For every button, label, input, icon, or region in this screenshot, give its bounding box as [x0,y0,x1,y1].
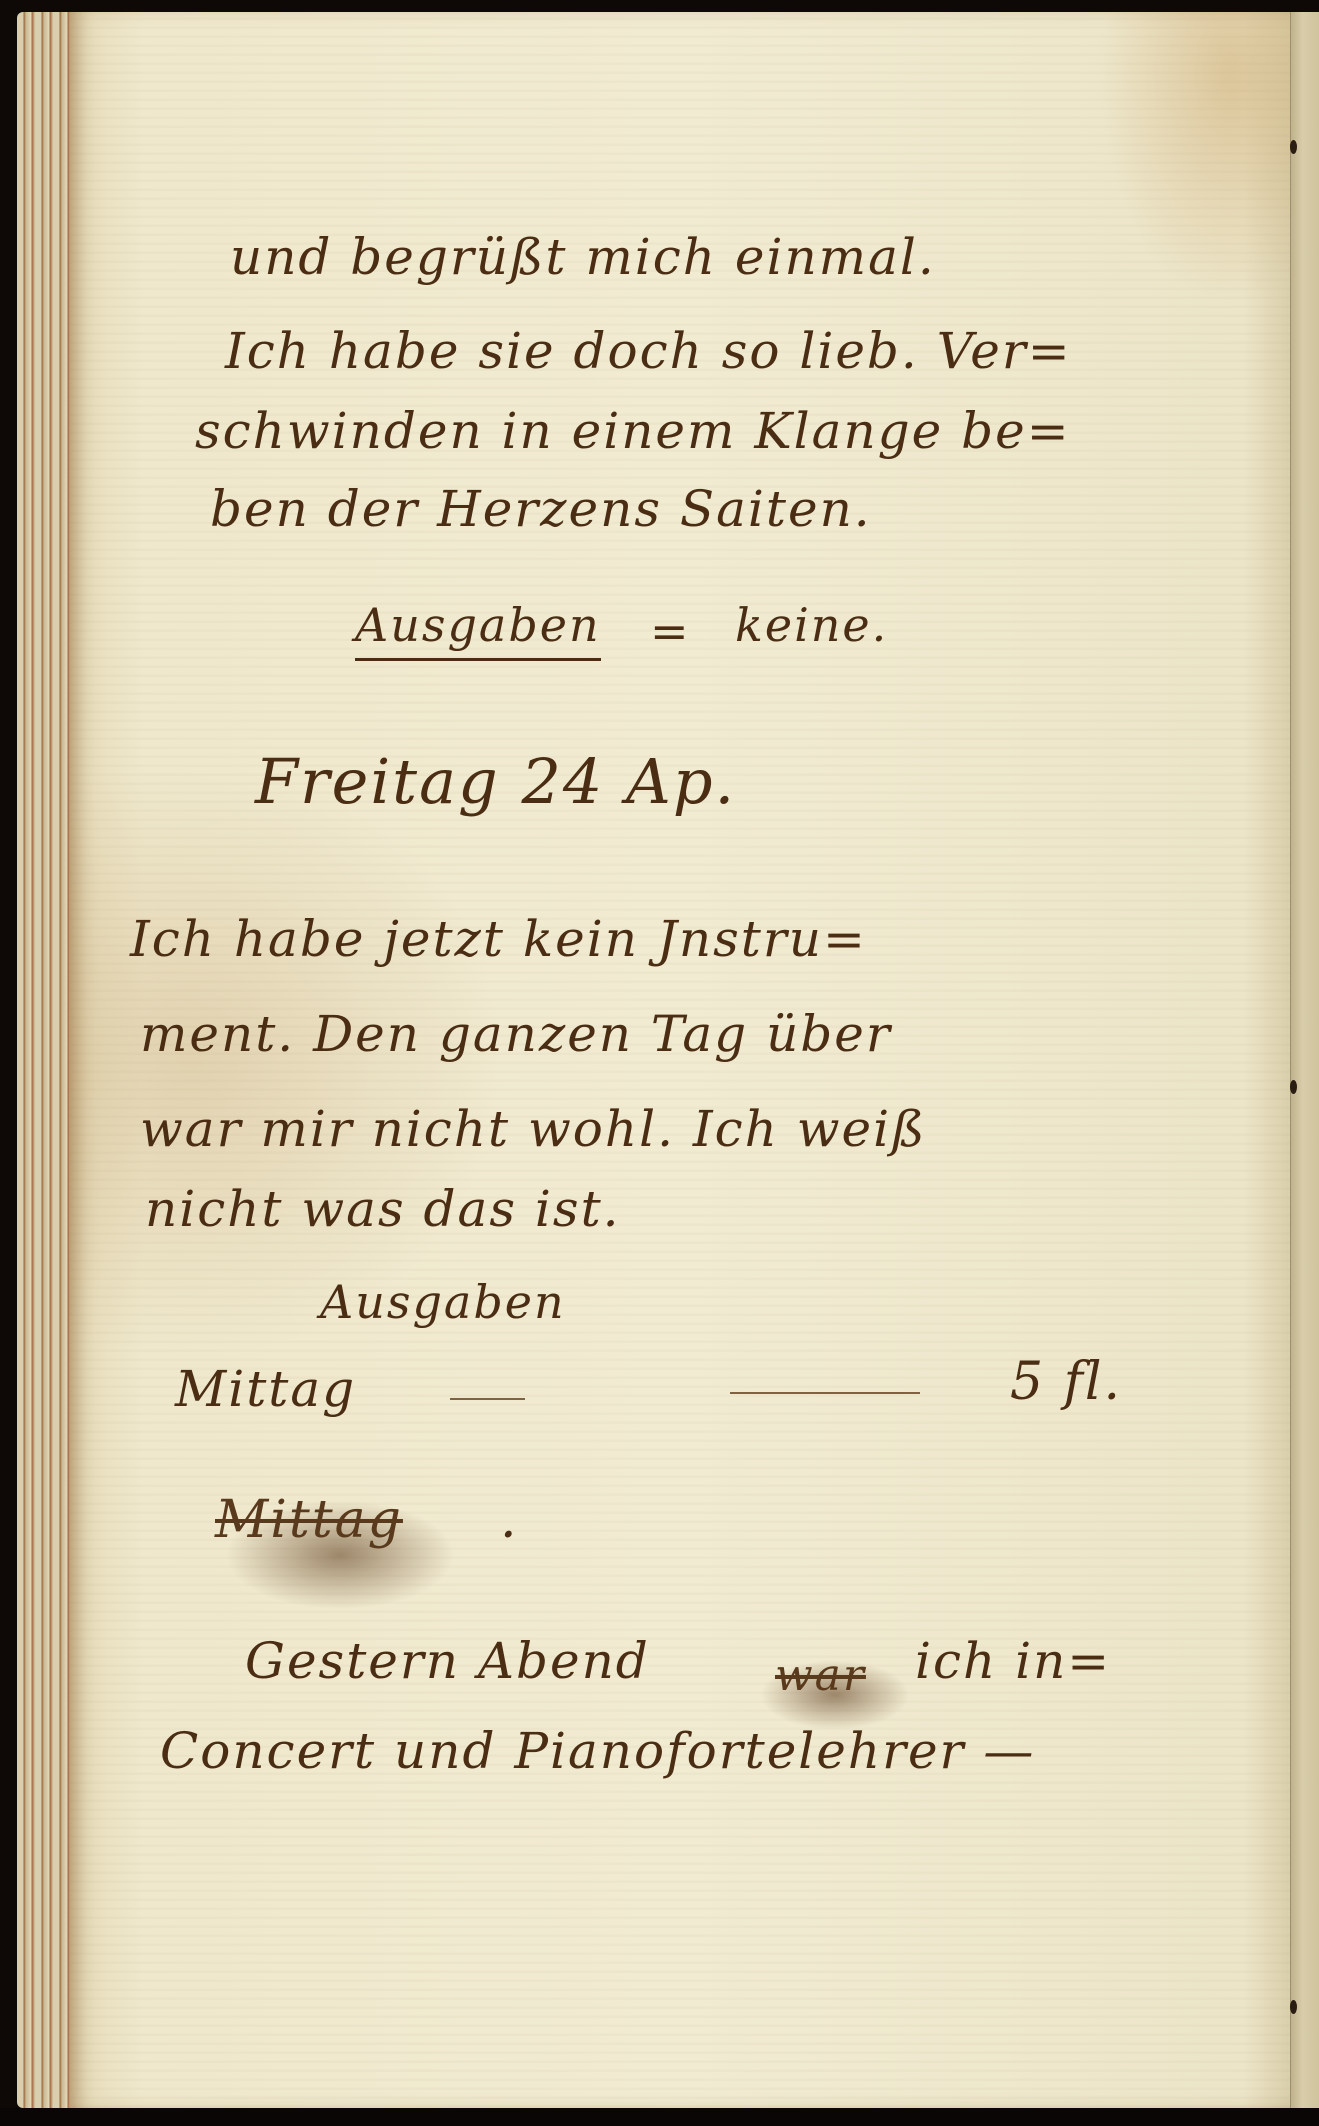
scan-background-band [0,2108,1319,2126]
expenses-value: keine. [735,598,888,652]
diary-line: war mir nicht wohl. Ich weiß [140,1100,927,1158]
expenses-separator: = [650,604,691,658]
diary-line: Ich habe jetzt kein Jnstru= [130,910,867,968]
binding-thread-mark [1290,140,1297,154]
diary-line: und begrüßt mich einmal. [230,228,936,286]
expense-leader-line [730,1392,920,1394]
binding-thread-mark [1290,1080,1297,1094]
expense-item-label: Mittag [175,1360,356,1418]
book-gutter [1290,12,1319,2108]
entry-date-heading: Freitag 24 Ap. [255,745,736,818]
diary-line: schwinden in einem Klange be= [195,402,1071,460]
diary-line: nicht was das ist. [145,1180,621,1238]
diary-line: Ich habe sie doch so lieb. Ver= [225,322,1072,380]
struck-word-punctuation: . [500,1490,519,1550]
binding-thread-mark [1290,2000,1297,2014]
book-page-edges [17,12,77,2108]
expense-leader-line [450,1398,525,1400]
diary-line: ben der Herzens Saiten. [210,480,872,538]
expenses-heading: Ausgaben [320,1275,566,1329]
diary-line: Concert und Pianofortelehrer — [160,1722,1035,1780]
expense-item-amount: 5 fl. [1010,1352,1122,1412]
diary-line: ment. Den ganzen Tag über [140,1005,892,1063]
struck-word: Mittag [215,1490,403,1550]
diary-line: ich in= [915,1632,1111,1690]
diary-line: Gestern Abend [245,1632,650,1690]
struck-word: war [775,1650,866,1701]
expenses-heading: Ausgaben [355,598,601,661]
